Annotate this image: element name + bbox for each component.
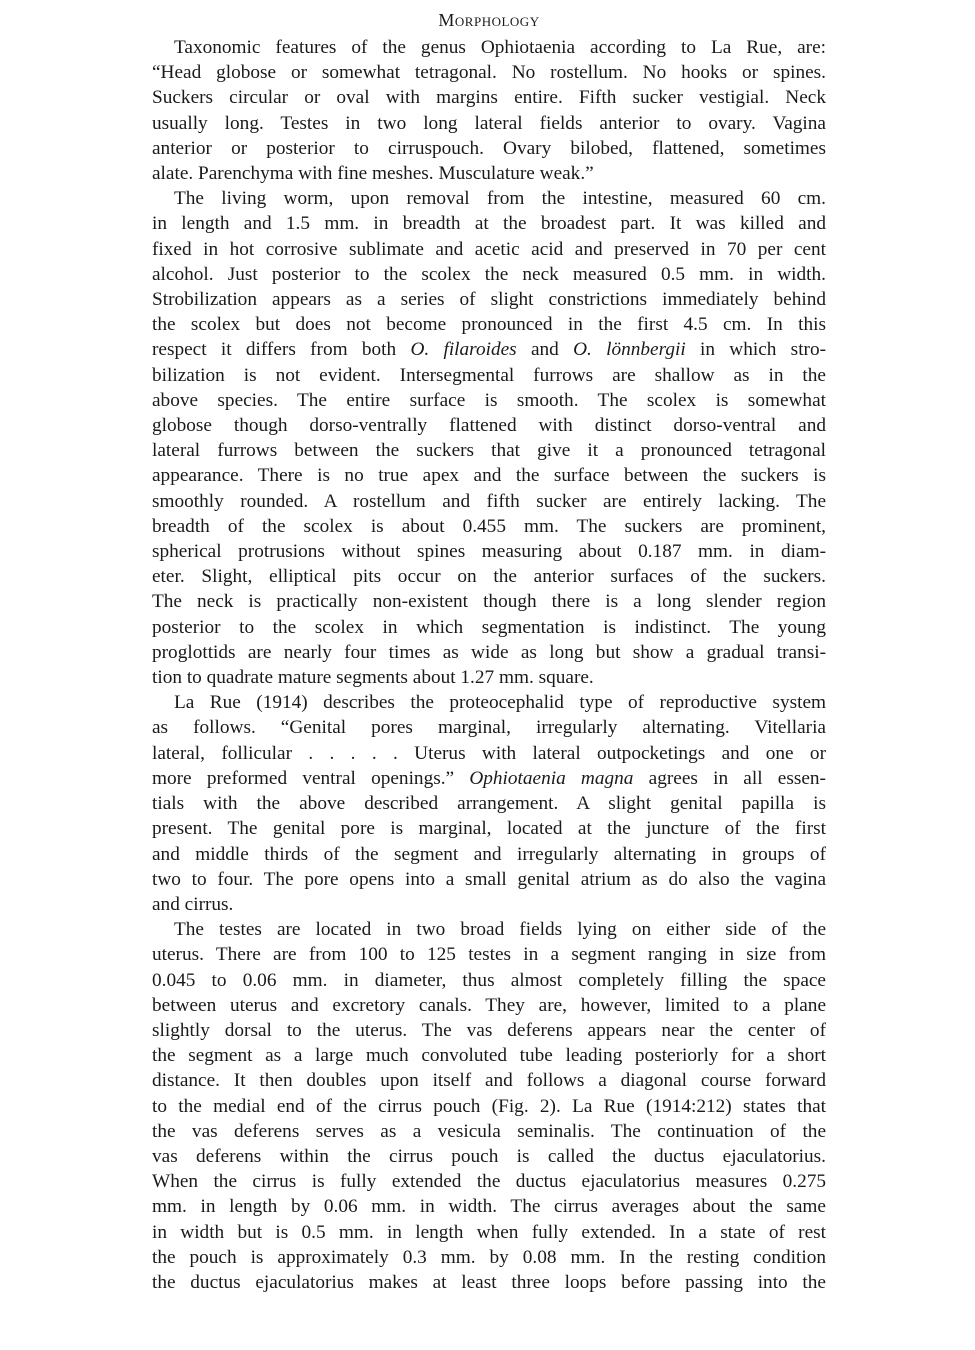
text-line: The neck is practically non-existent tho…	[152, 589, 826, 614]
text-line: Strobilization appears as a series of sl…	[152, 287, 826, 312]
italic-taxon-name: O. lönnbergii	[573, 339, 686, 360]
italic-taxon-name: O. filaroides	[410, 339, 516, 360]
text-line: the pouch is approximately 0.3 mm. by 0.…	[152, 1245, 826, 1270]
italic-taxon-name: Ophiotaenia magna	[469, 768, 633, 789]
text-line: bilization is not evident. Intersegmenta…	[152, 363, 826, 388]
text-line: 0.045 to 0.06 mm. in diameter, thus almo…	[152, 968, 826, 993]
text-line: The testes are located in two broad fiel…	[152, 917, 826, 942]
text-line: fixed in hot corrosive sublimate and ace…	[152, 237, 826, 262]
document-page: Morphology Taxonomic features of the gen…	[152, 8, 826, 1295]
text-line: alate. Parenchyma with fine meshes. Musc…	[152, 161, 826, 186]
text-line: smoothly rounded. A rostellum and fifth …	[152, 489, 826, 514]
paragraph-taxonomic-features: Taxonomic features of the genus Ophiotae…	[152, 35, 826, 186]
text-line: and middle thirds of the segment and irr…	[152, 842, 826, 867]
text-line: “Head globose or somewhat tetragonal. No…	[152, 60, 826, 85]
text-line: lateral, follicular . . . . . Uterus wit…	[152, 741, 826, 766]
text-line: respect it differs from both O. filaroid…	[152, 337, 826, 362]
text-line: proglottids are nearly four times as wid…	[152, 640, 826, 665]
text-line: Taxonomic features of the genus Ophiotae…	[152, 35, 826, 60]
text-line: between uterus and excretory canals. The…	[152, 993, 826, 1018]
text-line: breadth of the scolex is about 0.455 mm.…	[152, 514, 826, 539]
document-body: Taxonomic features of the genus Ophiotae…	[152, 35, 826, 1295]
text-line: to the medial end of the cirrus pouch (F…	[152, 1094, 826, 1119]
text-line: above species. The entire surface is smo…	[152, 388, 826, 413]
text-line: uterus. There are from 100 to 125 testes…	[152, 942, 826, 967]
text-line: the vas deferens serves as a vesicula se…	[152, 1119, 826, 1144]
text-line: globose though dorso-ventrally flattened…	[152, 413, 826, 438]
text-line: the ductus ejaculatorius makes at least …	[152, 1270, 826, 1295]
text-line: mm. in length by 0.06 mm. in width. The …	[152, 1194, 826, 1219]
text-line: posterior to the scolex in which segment…	[152, 615, 826, 640]
text-line: vas deferens within the cirrus pouch is …	[152, 1144, 826, 1169]
text-line: spherical protrusions without spines mea…	[152, 539, 826, 564]
text-line: La Rue (1914) describes the proteocephal…	[152, 690, 826, 715]
text-line: appearance. There is no true apex and th…	[152, 463, 826, 488]
text-line: in width but is 0.5 mm. in length when f…	[152, 1220, 826, 1245]
text-line: the scolex but does not become pronounce…	[152, 312, 826, 337]
text-line: anterior or posterior to cirruspouch. Ov…	[152, 136, 826, 161]
text-line: tials with the above described arrangeme…	[152, 791, 826, 816]
paragraph-la-rue-reproductive: La Rue (1914) describes the proteocephal…	[152, 690, 826, 917]
text-line: as follows. “Genital pores marginal, irr…	[152, 715, 826, 740]
paragraph-living-worm: The living worm, upon removal from the i…	[152, 186, 826, 690]
text-line: slightly dorsal to the uterus. The vas d…	[152, 1018, 826, 1043]
section-heading: Morphology	[152, 8, 826, 32]
text-line: in length and 1.5 mm. in breadth at the …	[152, 211, 826, 236]
text-line: two to four. The pore opens into a small…	[152, 867, 826, 892]
text-line: When the cirrus is fully extended the du…	[152, 1169, 826, 1194]
text-line: distance. It then doubles upon itself an…	[152, 1068, 826, 1093]
text-line: eter. Slight, elliptical pits occur on t…	[152, 564, 826, 589]
text-line: Suckers circular or oval with margins en…	[152, 85, 826, 110]
paragraph-testes: The testes are located in two broad fiel…	[152, 917, 826, 1295]
text-line: present. The genital pore is marginal, l…	[152, 816, 826, 841]
text-line: usually long. Testes in two long lateral…	[152, 111, 826, 136]
text-line: alcohol. Just posterior to the scolex th…	[152, 262, 826, 287]
text-line: more preformed ventral openings.” Ophiot…	[152, 766, 826, 791]
text-line: the segment as a large much convoluted t…	[152, 1043, 826, 1068]
text-line: and cirrus.	[152, 892, 826, 917]
text-line: lateral furrows between the suckers that…	[152, 438, 826, 463]
text-line: tion to quadrate mature segments about 1…	[152, 665, 826, 690]
text-line: The living worm, upon removal from the i…	[152, 186, 826, 211]
